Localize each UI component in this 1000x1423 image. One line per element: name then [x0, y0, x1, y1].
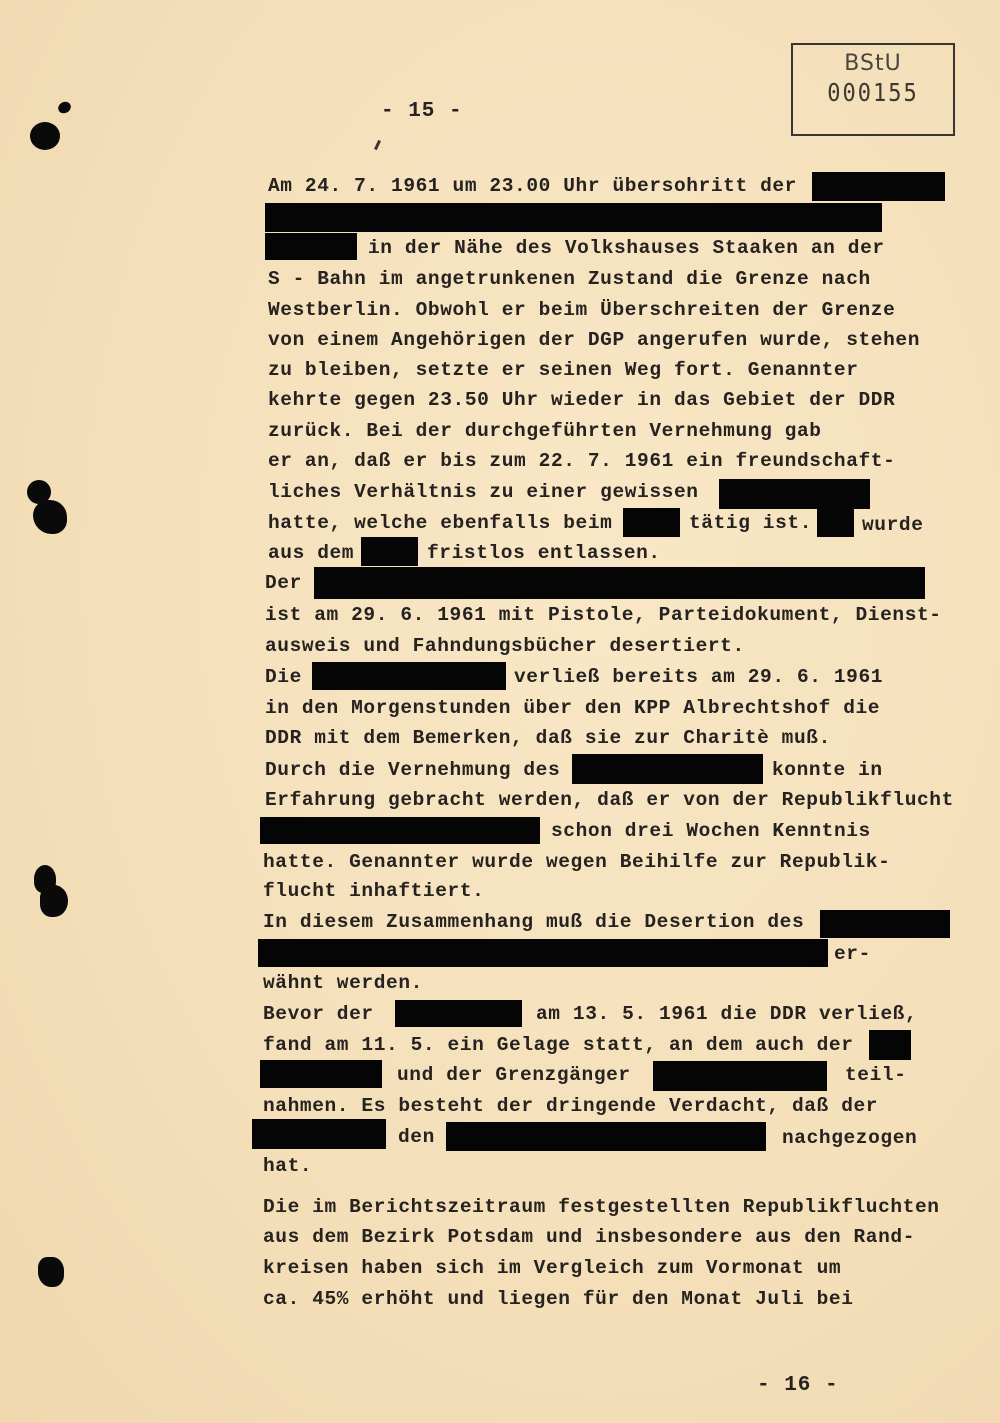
text-line: nahmen. Es besteht der dringende Verdach…: [263, 1093, 878, 1119]
text-line: kreisen haben sich im Vergleich zum Vorm…: [263, 1255, 841, 1281]
redaction: [260, 1060, 382, 1088]
text-line: hat.: [263, 1153, 312, 1179]
text-line: Der: [265, 570, 302, 596]
page-number-top: - 15 -: [381, 100, 463, 123]
punch-hole: [30, 122, 60, 150]
text-line: Bevor der: [263, 1001, 374, 1027]
redaction: [719, 479, 870, 509]
text-line: verließ bereits am 29. 6. 1961: [514, 664, 883, 690]
redaction: [820, 910, 950, 938]
text-line: ca. 45% erhöht und liegen für den Monat …: [263, 1286, 854, 1312]
text-line: In diesem Zusammenhang muß die Desertion…: [263, 909, 804, 935]
redaction: [252, 1119, 386, 1149]
text-line: aus dem Bezirk Potsdam und insbesondere …: [263, 1224, 915, 1250]
text-line: ausweis und Fahndungsbücher desertiert.: [265, 633, 745, 659]
stamp-number: 000155: [793, 79, 953, 108]
text-line: Erfahrung gebracht werden, daß er von de…: [265, 787, 954, 813]
text-line: ist am 29. 6. 1961 mit Pistole, Parteido…: [265, 602, 942, 628]
text-line: am 13. 5. 1961 die DDR verließ,: [536, 1001, 917, 1027]
text-line: hatte, welche ebenfalls beim: [268, 510, 612, 536]
redaction: [258, 939, 828, 967]
text-line: Am 24. 7. 1961 um 23.00 Uhr übersohritt …: [268, 173, 797, 199]
text-line: nachgezogen: [782, 1125, 917, 1151]
redaction: [572, 754, 763, 784]
text-line: wähnt werden.: [263, 970, 423, 996]
redaction: [395, 1000, 522, 1027]
page-number-bottom: - 16 -: [757, 1374, 839, 1397]
text-line: konnte in: [772, 757, 883, 783]
redaction: [623, 508, 680, 537]
punch-mark: [56, 99, 73, 115]
text-line: Die: [265, 664, 302, 690]
text-line: schon drei Wochen Kenntnis: [551, 818, 871, 844]
text-line: in der Nähe des Volkshauses Staaken an d…: [368, 235, 885, 261]
stamp-org: BStU: [793, 51, 953, 76]
text-line: flucht inhaftiert.: [263, 878, 484, 904]
text-line: teil-: [845, 1062, 907, 1088]
redaction: [265, 203, 882, 232]
text-line: fristlos entlassen.: [427, 540, 661, 566]
text-line: er an, daß er bis zum 22. 7. 1961 ein fr…: [268, 448, 895, 474]
text-line: tätig ist.: [689, 510, 812, 536]
text-line: kehrte gegen 23.50 Uhr wieder in das Geb…: [268, 387, 895, 413]
punch-mark: [38, 1257, 64, 1287]
redaction: [812, 172, 945, 201]
redaction: [314, 567, 925, 599]
text-line: hatte. Genannter wurde wegen Beihilfe zu…: [263, 849, 890, 875]
text-line: zu bleiben, setzte er seinen Weg fort. G…: [268, 357, 859, 383]
text-line: wurde: [862, 512, 924, 538]
redaction: [653, 1061, 827, 1091]
text-line: Durch die Vernehmung des: [265, 757, 560, 783]
redaction: [446, 1122, 766, 1151]
redaction: [817, 508, 854, 537]
text-line: den: [398, 1124, 435, 1150]
pen-mark: [374, 140, 381, 150]
redaction: [260, 817, 540, 844]
text-line: Westberlin. Obwohl er beim Überschreiten…: [268, 297, 895, 323]
text-line: DDR mit dem Bemerken, daß sie zur Charit…: [265, 725, 831, 751]
redaction: [312, 662, 506, 690]
text-line: zurück. Bei der durchgeführten Vernehmun…: [268, 418, 822, 444]
text-line: und der Grenzgänger: [397, 1062, 631, 1088]
text-line: fand am 11. 5. ein Gelage statt, an dem …: [263, 1032, 854, 1058]
redaction: [265, 233, 357, 260]
text-line: er-: [834, 941, 871, 967]
text-line: Die im Berichtszeitraum festgestellten R…: [263, 1194, 940, 1220]
archive-stamp: BStU 000155: [791, 43, 955, 136]
text-line: S - Bahn im angetrunkenen Zustand die Gr…: [268, 266, 871, 292]
redaction: [869, 1030, 911, 1060]
text-line: liches Verhältnis zu einer gewissen: [268, 479, 699, 505]
text-line: von einem Angehörigen der DGP angerufen …: [268, 327, 920, 353]
punch-hole: [40, 885, 68, 917]
text-line: in den Morgenstunden über den KPP Albrec…: [265, 695, 880, 721]
text-line: aus dem: [268, 540, 354, 566]
redaction: [361, 537, 418, 566]
punch-hole: [33, 500, 67, 534]
